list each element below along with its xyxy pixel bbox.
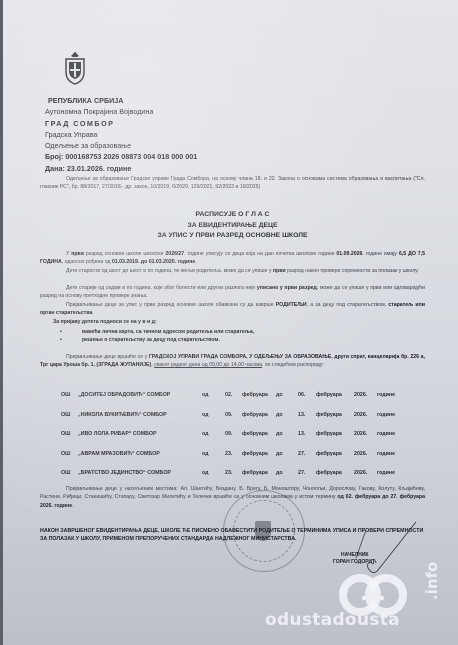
title-line-1: РАСПИСУЈЕ О Г Л А С	[40, 210, 425, 221]
early-enrollment-paragraph: Дете старости од шест до шест и по годин…	[40, 267, 425, 275]
date-value: 23.01.2026. године	[67, 164, 131, 173]
bullet-icon: •	[60, 336, 82, 344]
schedule-row: ОШ„ДОСИТЕЈ ОБРАДОВИЋ“ СОМБОРод02.фебруар…	[61, 392, 401, 412]
document-page: РЕПУБЛИКА СРБИЈА Аутономна Покрајина Вој…	[3, 0, 458, 645]
date-label: Дана:	[45, 164, 65, 173]
schedule-row: ОШ„ИВО ЛОЛА РИБАР“ СОМБОРод09.фебруарадо…	[61, 431, 401, 451]
country-name: РЕПУБЛИКА СРБИЈА	[48, 95, 197, 106]
schedule-row: ОШ„АВРАМ МРАЗОВИЋ“ СОМБОРод23.фебруарадо…	[61, 451, 401, 471]
documents-intro: За пријаву детета подноси се на у в и д:	[53, 318, 353, 326]
late-enrollment-paragraph: Дете старије од седам и по година, које …	[40, 284, 425, 301]
notice-title: РАСПИСУЈЕ О Г Л А С ЗА ЕВИДЕНТИРАЊЕ ДЕЦЕ…	[40, 210, 425, 242]
schedule-row: ОШ„НИКОЛА ВУКИЋЕВИЋ“ СОМБОРод09.фебруара…	[61, 412, 401, 432]
title-line-2: ЗА ЕВИДЕНТИРАЊЕ ДЕЦЕ	[40, 221, 425, 232]
signature-block: НАЧЕЛНИК ГОРАН ГОДОРИЋ	[333, 552, 377, 566]
province-name: Аутономна Покрајина Војводина	[45, 106, 197, 117]
department-name: Одељење за образовање	[45, 140, 197, 151]
signatory-name: ГОРАН ГОДОРИЋ	[333, 559, 377, 566]
intro-paragraph: Одељење за образовање Градске управе Гра…	[40, 175, 425, 192]
schedule-table: ОШ„ДОСИТЕЈ ОБРАДОВИЋ“ СОМБОРод02.фебруар…	[61, 392, 401, 490]
documents-list: •важећа лична карта, са тачном адресом р…	[60, 328, 254, 345]
city-name: ГРАД СОМБОР	[45, 118, 197, 129]
watermark-suffix: .info	[423, 562, 441, 600]
number-label: Број:	[45, 152, 63, 161]
watermark-text: odustadousta	[265, 610, 400, 630]
title-line-3: ЗА УПИС У ПРВИ РАЗРЕД ОСНОВНЕ ШКОЛЕ	[40, 231, 425, 242]
signatory-title: НАЧЕЛНИК	[333, 552, 377, 559]
serbia-coat-of-arms-icon	[63, 50, 87, 86]
list-item: •решење о старатељству за децу под стара…	[60, 336, 254, 344]
document-date: Дана: 23.01.2026. године	[45, 163, 197, 174]
bullet-icon: •	[60, 328, 82, 336]
location-paragraph: Пријављивање деце вршиће се у ГРАДСКОЈ У…	[40, 353, 425, 370]
administration-name: Градска Управа	[45, 129, 197, 140]
number-value: 000168753 2026 08873 004 018 000 001	[65, 152, 197, 161]
document-header: РЕПУБЛИКА СРБИЈА Аутономна Покрајина Вој…	[45, 95, 197, 174]
document-number: Број: 000168753 2026 08873 004 018 000 0…	[45, 151, 197, 162]
list-item: •важећа лична карта, са тачном адресом р…	[60, 328, 254, 336]
eligibility-paragraph: У први разред основне школе школске 2026…	[40, 250, 425, 267]
registration-paragraph: Пријављивање деце за упис у први разред …	[40, 301, 425, 318]
